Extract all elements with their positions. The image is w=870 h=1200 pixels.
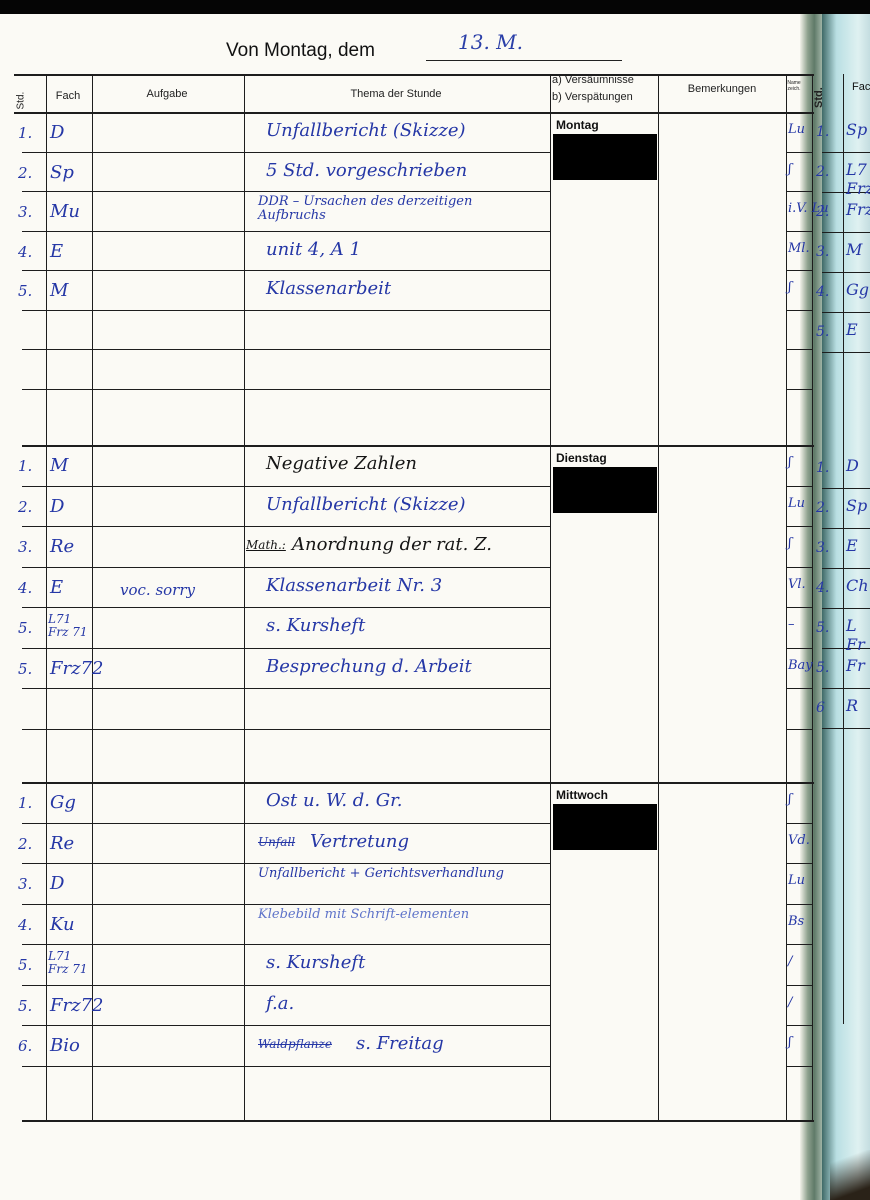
subject: M [50,280,68,301]
next-column-divider [843,74,844,1024]
next-lesson-number: 1. [816,460,829,476]
next-subject: Ch [846,576,869,595]
lesson-topic: Anordnung der rat. Z. [292,534,492,555]
lesson-number: 4. [18,916,32,934]
teacher-initials: Bay [788,658,813,673]
next-lesson-number: 4. [816,284,829,300]
next-row-rule [822,232,870,233]
col-header-versaeumnisse: a) Versäumnisse [552,74,656,86]
subject: M [50,455,68,476]
lesson-number: 5. [18,997,32,1015]
col-header-std: Std. [16,80,27,110]
row-rule [786,985,812,986]
row-rule [786,270,812,271]
teacher-initials: Lu [788,873,805,888]
redacted-absences [553,134,657,180]
next-lesson-number: 2. [816,164,829,180]
page-title: Von Montag, dem [226,40,375,62]
subject: D [50,122,64,143]
column-divider [812,74,813,1122]
row-rule [22,349,550,350]
lesson-topic: Ost u. W. d. Gr. [266,790,402,811]
teacher-initials: Lu [788,496,805,511]
teacher-initials: ʃ [788,455,792,470]
row-rule [22,863,550,864]
day-separator [22,1120,814,1122]
row-rule [22,944,550,945]
row-rule [786,904,812,905]
col-header-aufgabe: Aufgabe [92,88,242,100]
day-label-montag: Montag [556,118,599,132]
next-lesson-number: 1. [816,124,829,140]
teacher-initials: ʃ [788,1035,792,1050]
row-rule [786,567,812,568]
row-rule [22,567,550,568]
row-rule [22,648,550,649]
redacted-absences [553,804,657,850]
row-rule [786,944,812,945]
next-subject: Sp [846,120,867,139]
lesson-number: 5. [18,956,32,974]
next-subject: E [846,320,858,339]
col-header-verspaetungen: b) Verspätungen [552,91,656,103]
lesson-number: 3. [18,875,32,893]
lesson-topic: s. Kursheft [266,952,365,973]
row-rule [22,231,550,232]
subject: D [50,496,64,517]
teacher-initials: / [788,954,792,969]
teacher-initials: Bs [788,914,804,929]
row-rule [22,310,550,311]
teacher-initials: ʃ [788,162,792,177]
next-subject: D [846,456,859,475]
teacher-initials: ʃ [788,536,792,551]
lesson-number: 1. [18,457,32,475]
teacher-initials: ʃ [788,792,792,807]
subject: Re [50,536,74,557]
subject: Frz72 [50,995,103,1016]
row-rule [22,823,550,824]
lesson-topic: s. Freitag [356,1033,444,1054]
teacher-initials: Vl. [788,577,806,592]
row-rule [786,310,812,311]
row-rule [786,729,812,730]
subject: E [50,241,63,262]
next-lesson-number: 3. [816,540,829,556]
next-row-rule [822,152,870,153]
next-subject: R [846,696,858,715]
next-subject: E [846,536,858,555]
lesson-topic: Negative Zahlen [266,453,417,474]
row-rule [22,607,550,608]
scan-top-edge [0,0,870,14]
topic-struck: Unfall [258,835,295,849]
homework: voc. sorry [120,581,195,599]
next-lesson-number: 5. [816,620,829,636]
lesson-number: 5. [18,660,32,678]
row-rule [786,349,812,350]
next-row-rule [822,728,870,729]
subject: Frz 71 [48,963,87,976]
next-lesson-number: 5. [816,660,829,676]
subject: D [50,873,64,894]
next-subject: Fr [846,656,865,675]
row-rule [786,231,812,232]
next-subject: Gg [846,280,869,299]
row-rule [22,389,550,390]
lesson-number: 3. [18,538,32,556]
subject: Re [50,833,74,854]
teacher-initials: Ml. [788,241,810,256]
col-header-namenszeichen: Name zeich. [786,80,802,92]
date-line [426,60,622,61]
next-col-header-std: Std. [813,78,825,108]
lesson-topic: f.a. [266,993,294,1014]
col-header-bemerkungen: Bemerkungen [660,83,784,95]
topic-struck: Waldpflanze [258,1037,332,1051]
row-rule [786,823,812,824]
teacher-initials: / [788,995,792,1010]
next-row-rule [822,688,870,689]
teacher-initials: Vd. [788,833,810,848]
row-rule [786,648,812,649]
redacted-absences [553,467,657,513]
lesson-topic: Klassenarbeit Nr. 3 [266,575,442,596]
lesson-topic: Unfallbericht + Gerichtsverhandlung [258,867,538,881]
day-label-mittwoch: Mittwoch [556,788,608,802]
lesson-topic: s. Kursheft [266,615,365,636]
row-rule [786,1066,812,1067]
next-lesson-number: 4. [816,580,829,596]
teacher-initials: ʃ [788,280,792,295]
row-rule [22,985,550,986]
day-label-dienstag: Dienstag [556,451,607,465]
row-rule [22,1066,550,1067]
next-row-rule [822,352,870,353]
column-divider [550,74,551,1122]
row-rule [786,863,812,864]
row-rule [22,526,550,527]
col-header-fach: Fach [46,90,90,102]
next-lesson-number: 5. [816,324,829,340]
header-top-rule [14,74,814,76]
next-subject: L Fr [846,616,870,654]
subject: E [50,577,63,598]
lesson-number: 3. [18,203,32,221]
row-rule [22,152,550,153]
next-row-rule [822,528,870,529]
lesson-number: 2. [18,164,32,182]
subject: Sp [50,162,74,183]
day-separator [22,445,814,447]
row-rule [786,688,812,689]
next-subject: Sp [846,496,867,515]
lesson-number: 6. [18,1037,32,1055]
row-rule [22,1025,550,1026]
lesson-number: 2. [18,498,32,516]
subject: Ku [50,914,75,935]
subject: Bio [50,1035,80,1056]
next-col-header-fach: Fach [852,81,870,93]
row-rule [22,191,550,192]
lesson-number: 5. [18,282,32,300]
col-header-thema: Thema der Stunde [244,88,548,100]
next-subject: L7 Frz [846,160,870,198]
scan-corner-shadow [830,1150,870,1200]
teacher-initials: Lu [788,122,805,137]
topic-prefix: Math.: [246,538,286,552]
next-row-rule [822,488,870,489]
row-rule [786,389,812,390]
lesson-topic: Vertretung [310,831,409,852]
lesson-topic: Klebebild mit Schrift-elementen [258,908,538,922]
lesson-number: 1. [18,124,32,142]
lesson-number: 4. [18,579,32,597]
subject: Gg [50,792,76,813]
column-divider [658,74,659,1122]
row-rule [22,904,550,905]
next-lesson-number: 2. [816,500,829,516]
header-bottom-rule [14,112,814,114]
next-lesson-number: 2. [816,204,829,220]
lesson-number: 1. [18,794,32,812]
lesson-topic: Unfallbericht (Skizze) [266,494,466,515]
date-handwritten: 13. M. [458,30,523,54]
subject: Frz72 [50,658,103,679]
teacher-initials: – [788,617,795,632]
next-subject: M [846,240,862,259]
row-rule [22,486,550,487]
row-rule [786,1025,812,1026]
next-lesson-number: 6 [816,700,825,716]
lesson-number: 5. [18,619,32,637]
lesson-number: 2. [18,835,32,853]
next-row-rule [822,568,870,569]
lesson-topic: unit 4, A 1 [266,239,361,260]
row-rule [786,191,812,192]
row-rule [22,729,550,730]
next-row-rule [822,272,870,273]
row-rule [786,607,812,608]
row-rule [786,152,812,153]
row-rule [786,526,812,527]
row-rule [22,688,550,689]
next-lesson-number: 3. [816,244,829,260]
lesson-topic: Klassenarbeit [266,278,391,299]
day-separator [22,782,814,784]
lesson-topic: 5 Std. vorgeschrieben [266,160,467,181]
row-rule [786,486,812,487]
next-row-rule [822,312,870,313]
subject: Frz 71 [48,626,87,639]
lesson-topic: Unfallbericht (Skizze) [266,120,466,141]
next-subject: Frz [846,200,870,219]
subject: Mu [50,201,80,222]
row-rule [22,270,550,271]
lesson-number: 4. [18,243,32,261]
next-row-rule [822,608,870,609]
lesson-topic: Besprechung d. Arbeit [266,656,472,677]
lesson-topic: DDR – Ursachen des derzeitigen Aufbruchs [258,195,538,223]
